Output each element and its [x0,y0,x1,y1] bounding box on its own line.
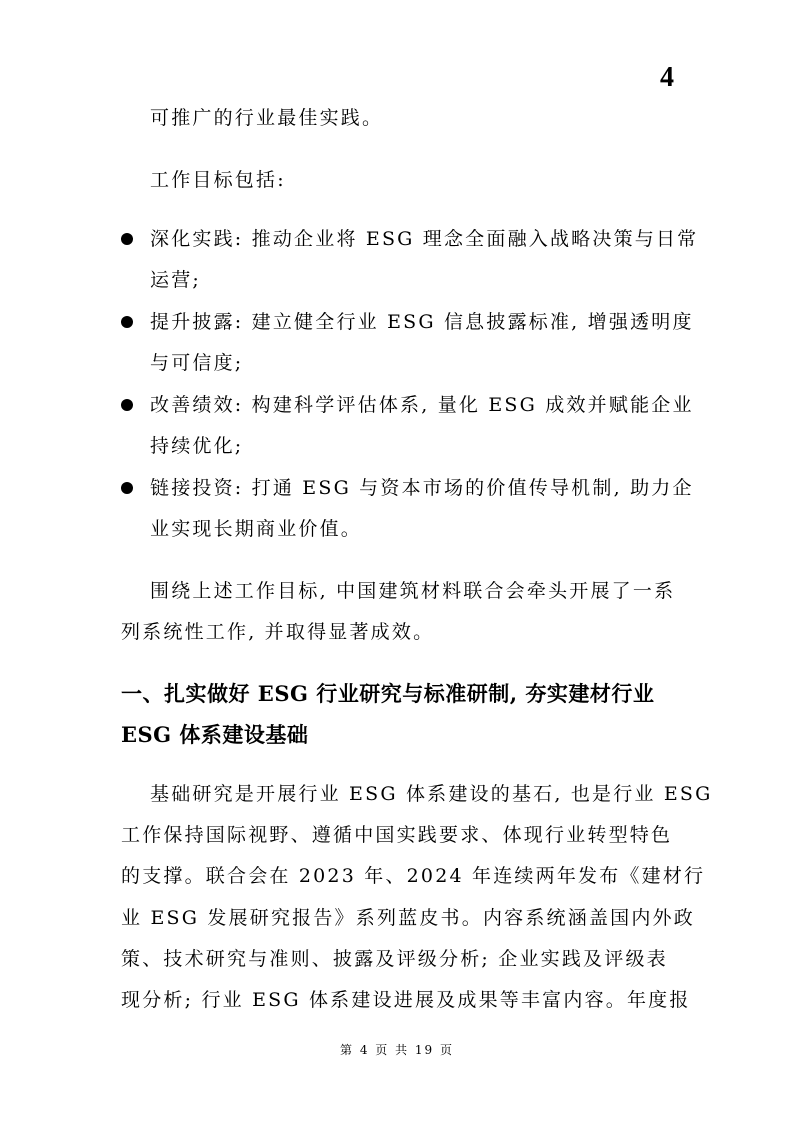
summary-line-1: 围绕上述工作目标, 中国建筑材料联合会牵头开展了一系 [150,579,675,603]
goal-3-line-1: 改善绩效: 构建科学评估体系, 量化 ESG 成效并赋能企业 [150,393,694,417]
bullet-icon [121,399,133,411]
page-footer: 第 4 页 共 19 页 [0,1042,794,1058]
intro-tail-line: 可推广的行业最佳实践。 [150,106,383,130]
goal-2-line-1: 提升披露: 建立健全行业 ESG 信息披露标准, 增强透明度 [150,310,694,334]
goal-1-line-1: 深化实践: 推动企业将 ESG 理念全面融入战略决策与日常 [150,227,698,251]
paragraph-line-5: 策、技术研究与准则、披露及评级分析; 企业实践及评级表 [121,947,668,971]
goal-1-line-2: 运营; [150,268,201,292]
paragraph-line-2: 工作保持国际视野、遵循中国实践要求、体现行业转型特色 [121,823,672,847]
goal-3-line-2: 持续优化; [150,434,243,458]
bullet-icon [121,482,133,494]
summary-line-2: 列系统性工作, 并取得显著成效。 [121,620,434,644]
section-heading-line-1: 一、扎实做好 ESG 行业研究与标准研制, 夯实建材行业 [121,680,654,708]
bullet-icon [121,233,133,245]
goal-4-line-2: 业实现长期商业价值。 [150,517,362,541]
page-number: 4 [660,60,674,96]
paragraph-line-1: 基础研究是开展行业 ESG 体系建设的基石, 也是行业 ESG [150,782,713,806]
paragraph-line-3: 的支撑。联合会在 2023 年、2024 年连续两年发布《建材行 [121,864,705,888]
paragraph-line-6: 现分析; 行业 ESG 体系建设进展及成果等丰富内容。年度报 [121,988,691,1012]
goal-4-line-1: 链接投资: 打通 ESG 与资本市场的价值传导机制, 助力企 [150,476,694,500]
paragraph-line-4: 业 ESG 发展研究报告》系列蓝皮书。内容系统涵盖国内外政 [121,906,695,930]
section-heading-line-2: ESG 体系建设基础 [121,721,308,749]
goals-label: 工作目标包括: [150,168,286,192]
goal-2-line-2: 与可信度; [150,351,243,375]
bullet-icon [121,316,133,328]
